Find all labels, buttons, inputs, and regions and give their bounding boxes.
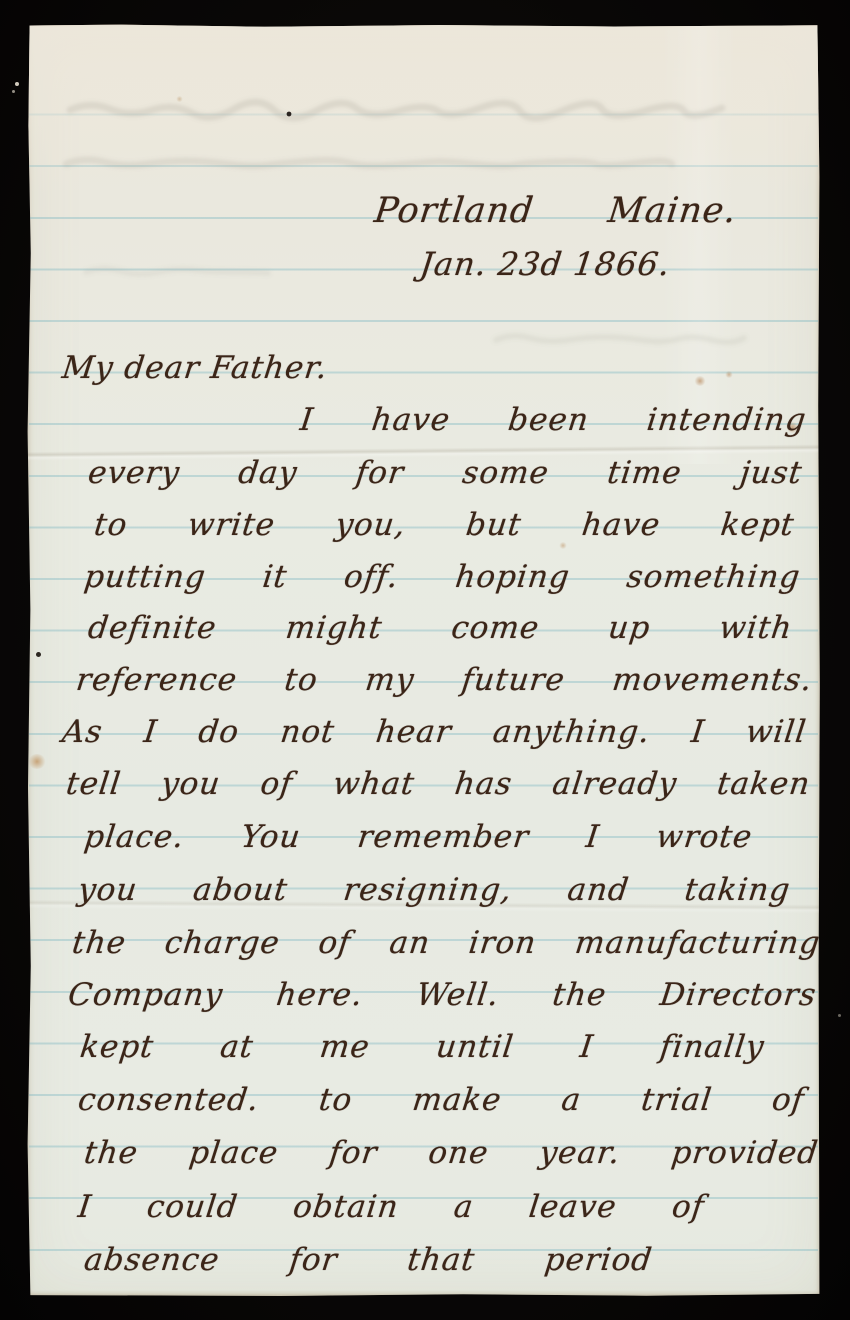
- foxing-spot: [28, 754, 46, 769]
- body-line: you about resigning, and taking: [76, 872, 793, 909]
- letter-page: Portland Maine. Jan. 23d 1866. My dear F…: [26, 24, 821, 1297]
- body-line: As I do not hear anything. I will: [60, 714, 809, 751]
- body-line: the place for one year. provided: [82, 1135, 821, 1172]
- body-line: the charge of an iron manufacturing: [70, 925, 823, 962]
- body-line: definite might come up with: [86, 610, 795, 647]
- body-line: Company here. Well. the Directors: [66, 977, 819, 1014]
- heading-place: Portland Maine.: [372, 190, 739, 232]
- body-line: I have been intending: [298, 402, 809, 439]
- ink-dot: [287, 112, 292, 117]
- body-line: consented. to make a trial of: [76, 1082, 807, 1119]
- page-background: { "document": { "kind": "handwritten let…: [0, 0, 850, 1320]
- salutation: My dear Father.: [60, 350, 297, 387]
- foxing-spot: [725, 371, 733, 378]
- body-line: to write you, but have kept: [92, 507, 797, 544]
- body-line: place. You remember I wrote: [82, 819, 755, 856]
- foxing-spot: [694, 376, 706, 386]
- dust-speck: [12, 90, 15, 93]
- body-line: reference to my future movements.: [74, 662, 815, 699]
- dust-speck: [838, 1014, 841, 1017]
- body-line: kept at me until I finally: [78, 1029, 767, 1066]
- body-line: every day for some time just: [86, 455, 805, 492]
- body-line: absence for that period: [82, 1242, 655, 1279]
- body-line: putting it off. hoping something: [82, 559, 803, 596]
- dust-speck: [15, 82, 19, 86]
- dust-speck: [36, 652, 41, 657]
- body-line: tell you of what has already taken: [64, 766, 813, 803]
- foxing-spot: [176, 96, 183, 102]
- heading-date: Jan. 23d 1866.: [418, 245, 667, 283]
- body-line: I could obtain a leave of: [76, 1189, 707, 1226]
